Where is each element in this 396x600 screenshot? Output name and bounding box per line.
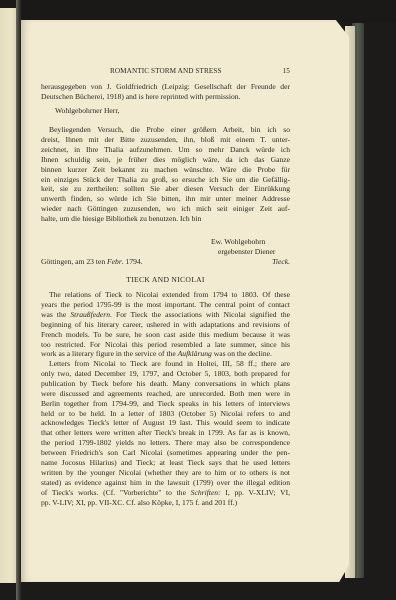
signature: Tieck.	[272, 257, 290, 267]
dateline-month: Febr	[107, 257, 122, 266]
salutation: Wohlgebohrner Herr,	[55, 106, 119, 116]
text-line: pp. V-LIV; XI, pp. VII-XC. Cf. also Köpk…	[41, 498, 290, 508]
text-line: binnen kurzer Zeit bekannt zu machen wün…	[41, 165, 290, 175]
text-line: French models. To be sure, he soon cast …	[41, 330, 290, 340]
text-line: wieder nach Göttingen zuzusenden, wo ich…	[41, 204, 290, 214]
section-title: TIECK AND NICOLAI	[41, 275, 290, 285]
text-line: of Tieck's works. (Cf. "Vorberichte" to …	[41, 488, 290, 498]
closing-line-2: ergebenster Diener	[218, 247, 275, 257]
dateline-place: Göttingen, am 23 ten	[41, 257, 107, 266]
text-line: only two, dated December 19, 1797, and O…	[41, 369, 290, 379]
book-page: ROMANTIC STORM AND STRESS 15 herausgegeb…	[21, 20, 349, 582]
text-line: The relations of Tieck to Nicolai extend…	[41, 290, 290, 300]
text-line: beginning of his literary career, ushere…	[41, 320, 290, 330]
text-line: was the Straußfedern. For Tieck the asso…	[41, 310, 290, 320]
paragraph-1: The relations of Tieck to Nicolai extend…	[41, 290, 290, 359]
text-line: years the period 1795-99 is the most imp…	[41, 300, 290, 310]
text-line: Letters from Nicolai to Tieck are found …	[41, 359, 290, 369]
text-line: herausgegeben von J. Goldfriedrich (Leip…	[41, 82, 290, 92]
text-line: Berlin together from 1794-99, and Tieck …	[41, 399, 290, 409]
text-line: were discussed and agreements reached, a…	[41, 389, 290, 399]
text-line: dreist, Ihnen mit der Bitte zuzusenden, …	[41, 135, 290, 145]
text-line: Ihnen schuldig sein, je früher dies mögl…	[41, 155, 290, 165]
text-line: the period 1799-1802 yields no letters. …	[41, 438, 290, 448]
text-line: publication by Tieck before his death. M…	[41, 379, 290, 389]
letter-body: Beyliegenden Versuch, die Probe einer gr…	[41, 125, 290, 224]
text-line: unwerth finden, so würde ich Sie bitten,…	[41, 194, 290, 204]
text-line: written by the younger Nicolai (whether …	[41, 468, 290, 478]
closing-line-1: Ew. Wohlgebohrn	[211, 237, 265, 247]
text-line: Beyliegenden Versuch, die Probe einer gr…	[41, 125, 290, 135]
text-line: between Friedrich's son Carl Nicolai (so…	[41, 448, 290, 458]
text-line: too restricted. For Nicolai this period …	[41, 340, 290, 350]
text-line: keit, sie zu zertheilen: sollten Sie abe…	[41, 184, 290, 194]
text-line: held or to be held. In a letter of 1803 …	[41, 409, 290, 419]
running-title: ROMANTIC STORM AND STRESS	[110, 67, 222, 75]
intro-text: herausgegeben von J. Goldfriedrich (Leip…	[41, 82, 290, 102]
text-line: halte, um die hiesige Bibliothek zu benu…	[41, 214, 290, 224]
text-line: stated) as evidence against him in the l…	[41, 478, 290, 488]
text-line: name Jocosus Hilarius) and Tieck; at lea…	[41, 458, 290, 468]
dateline-year: . 1794.	[122, 257, 143, 266]
dateline: Göttingen, am 23 ten Febr. 1794. Tieck.	[41, 257, 290, 267]
background	[0, 0, 396, 22]
page-number: 15	[283, 67, 290, 75]
text-line: work as a literary figure in the service…	[41, 349, 290, 359]
text-line: Deutschen Bücherei, 1918) and is here re…	[41, 92, 290, 102]
text-line: acknowledges Tieck's letter of August 19…	[41, 418, 290, 428]
paragraph-2: Letters from Nicolai to Tieck are found …	[41, 359, 290, 508]
text-line: ein einziges Stück der Thalia zu groß, s…	[41, 175, 290, 185]
text-line: zeichnet, in Ihre Thalia aufzunehmen. Um…	[41, 145, 290, 155]
text-line: that other letters were written after Ti…	[41, 428, 290, 438]
